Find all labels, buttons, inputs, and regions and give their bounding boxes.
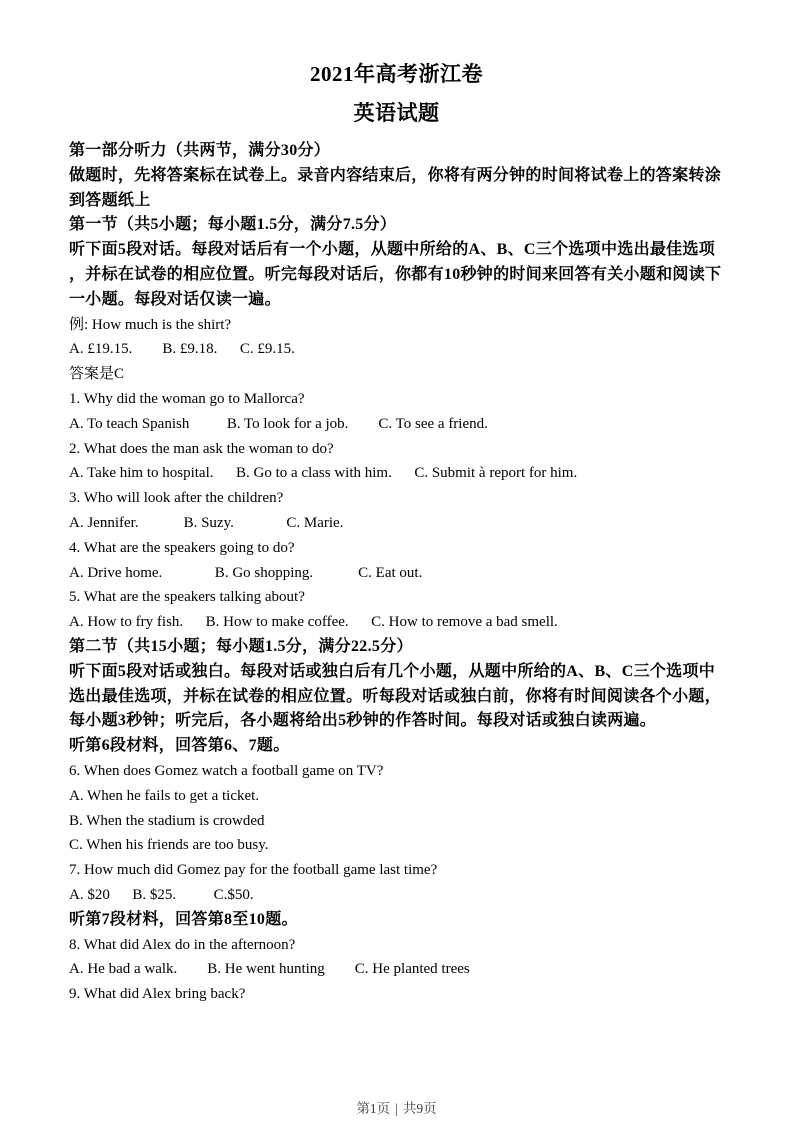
footer-separator: | — [395, 1101, 398, 1116]
document-line: 第一节（共5小题；每小题1.5分，满分7.5分） — [69, 213, 729, 238]
document-line: A. To teach Spanish B. To look for a job… — [69, 412, 729, 437]
document-line: 每小题3秒钟；听完后，各小题将给出5秒钟的作答时间。每段对话或独白读两遍。 — [69, 709, 729, 734]
document-line: 8. What did Alex do in the afternoon? — [69, 933, 729, 958]
document-line: 9. What did Alex bring back? — [69, 982, 729, 1007]
document-line: A. How to fry fish. B. How to make coffe… — [69, 610, 729, 635]
document-line: A. Jennifer. B. Suzy. C. Marie. — [69, 511, 729, 536]
document-line: 一小题。每段对话仅读一遍。 — [69, 288, 729, 313]
document-line: A. $20 B. $25. C.$50. — [69, 883, 729, 908]
document-line: A. He bad a walk. B. He went hunting C. … — [69, 957, 729, 982]
document-line: 到答题纸上 — [69, 189, 729, 214]
footer-total-pages: 共9页 — [403, 1101, 437, 1116]
exam-paper-page: 2021年高考浙江卷 英语试题 第一部分听力（共两节，满分30分）做题时，先将答… — [0, 0, 793, 1122]
document-line: 听第7段材料，回答第8至10题。 — [69, 908, 729, 933]
document-line: 6. When does Gomez watch a football game… — [69, 759, 729, 784]
document-line: 3. Who will look after the children? — [69, 486, 729, 511]
document-line: 做题时，先将答案标在试卷上。录音内容结束后，你将有两分钟的时间将试卷上的答案转涂 — [69, 164, 729, 189]
document-line: B. When the stadium is crowded — [69, 809, 729, 834]
document-line: 听下面5段对话或独白。每段对话或独白后有几个小题，从题中所给的A、B、C三个选项… — [69, 660, 729, 685]
document-body: 第一部分听力（共两节，满分30分）做题时，先将答案标在试卷上。录音内容结束后，你… — [69, 139, 729, 1007]
document-line: 第二节（共15小题；每小题1.5分，满分22.5分） — [69, 635, 729, 660]
document-line: A. When he fails to get a ticket. — [69, 784, 729, 809]
document-line: ，并标在试卷的相应位置。听完每段对话后，你都有10秒钟的时间来回答有关小题和阅读… — [69, 263, 729, 288]
document-line: 2. What does the man ask the woman to do… — [69, 437, 729, 462]
document-line: A. Take him to hospital. B. Go to a clas… — [69, 461, 729, 486]
document-line: 听第6段材料，回答第6、7题。 — [69, 734, 729, 759]
document-line: A. £19.15. B. £9.18. C. £9.15. — [69, 337, 729, 362]
document-line: 第一部分听力（共两节，满分30分） — [69, 139, 729, 164]
document-line: 选出最佳选项，并标在试卷的相应位置。听每段对话或独白前，你将有时间阅读各个小题， — [69, 685, 729, 710]
document-line: C. When his friends are too busy. — [69, 833, 729, 858]
document-line: A. Drive home. B. Go shopping. C. Eat ou… — [69, 561, 729, 586]
document-line: 答案是C — [69, 362, 729, 387]
document-line: 听下面5段对话。每段对话后有一个小题，从题中所给的A、B、C三个选项中选出最佳选… — [69, 238, 729, 263]
page-footer: 第1页|共9页 — [0, 1100, 793, 1118]
document-line: 4. What are the speakers going to do? — [69, 536, 729, 561]
document-line: 5. What are the speakers talking about? — [69, 585, 729, 610]
document-line: 1. Why did the woman go to Mallorca? — [69, 387, 729, 412]
footer-current-page: 第1页 — [356, 1101, 390, 1116]
document-line: 7. How much did Gomez pay for the footba… — [69, 858, 729, 883]
page-subtitle: 英语试题 — [0, 99, 793, 127]
document-line: 例: How much is the shirt? — [69, 313, 729, 338]
page-title: 2021年高考浙江卷 — [0, 60, 793, 88]
